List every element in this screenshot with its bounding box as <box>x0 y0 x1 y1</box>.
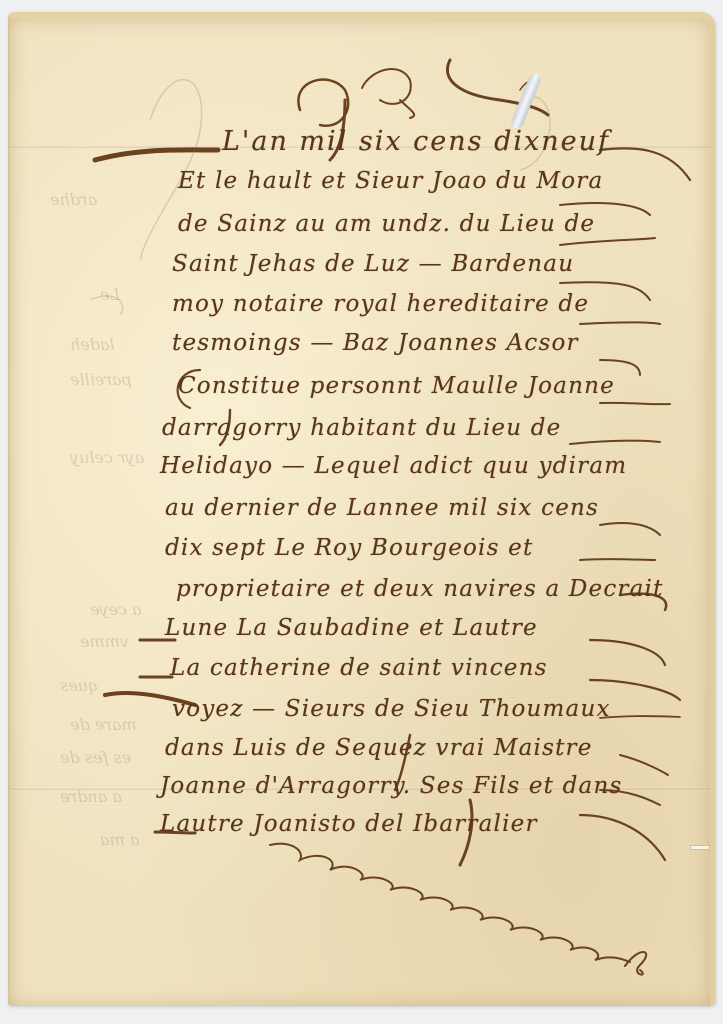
text-line: Lautre Joanisto del Ibarralier <box>160 811 538 837</box>
text-line: darragorry habitant du Lieu de <box>162 415 561 441</box>
text-line: La catherine de saint vincens <box>170 655 548 681</box>
bleedthrough-word: pareille <box>70 370 132 389</box>
text-line: Joanne d'Arragorry. Ses Fils et dans <box>160 773 623 799</box>
text-line: voyez — Sieurs de Sieu Thoumaux <box>172 696 611 722</box>
text-line: au dernier de Lannee mil six cens <box>165 495 599 521</box>
bleedthrough-word: ayr celuy <box>70 448 144 467</box>
bleedthrough-word: a andre <box>60 787 122 806</box>
text-line: proprietaire et deux navires a Decrait <box>176 576 664 602</box>
bleedthrough-word: ques <box>60 676 98 695</box>
text-line: Saint Jehas de Luz — Bardenau <box>172 251 574 277</box>
binding-thread <box>690 845 710 850</box>
text-line: Constitue personnt Maulle Joanne <box>178 373 615 399</box>
bleedthrough-word: es fes de <box>60 748 131 767</box>
bleedthrough-word: mare de <box>70 715 137 734</box>
text-line: moy notaire royal hereditaire de <box>172 291 589 317</box>
bleedthrough-word: Le <box>100 285 120 304</box>
bleedthrough-word: vmme <box>80 632 129 651</box>
bleedthrough-word: a ma <box>100 830 139 849</box>
text-line: Helidayo — Lequel adict quu ydiram <box>160 453 627 479</box>
text-line: tesmoings — Baz Joannes Acsor <box>172 330 579 356</box>
text-line: Lune La Saubadine et Lautre <box>165 615 538 641</box>
bleedthrough-word: a ceye <box>90 600 142 619</box>
heading-line: L'an mil six cens dixneuf <box>222 126 610 157</box>
bleedthrough-word: ardhe <box>50 190 97 209</box>
text-line: dans Luis de Sequez vrai Maistre <box>165 735 593 761</box>
text-line: Et le hault et Sieur Joao du Mora <box>178 168 603 194</box>
bleedthrough-word: ladeh <box>70 335 115 354</box>
text-line: de Sainz au am undz. du Lieu de <box>178 211 595 237</box>
text-line: dix sept Le Roy Bourgeois et <box>165 535 533 561</box>
